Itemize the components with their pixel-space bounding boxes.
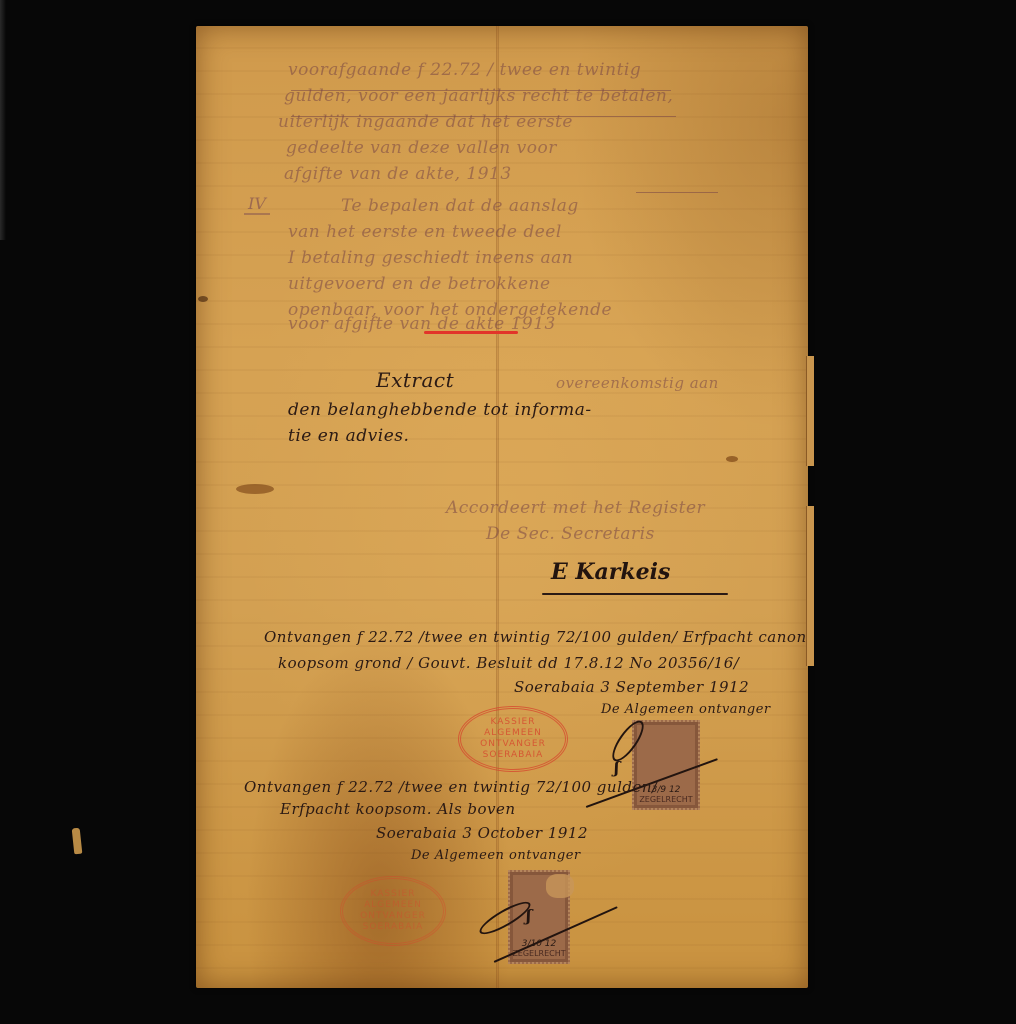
faded-underline <box>636 192 718 193</box>
receipt-place-date: Soerabaia 3 September 1912 <box>514 678 749 696</box>
official-seal: KASSIER ALGEMEEN ONTVANGER SOERABAIA <box>458 706 568 772</box>
faded-line: voorafgaande f 22.72 / twee en twintig <box>288 60 641 80</box>
faded-line: I betaling geschiedt ineens aan <box>288 248 573 268</box>
faded-line: overeenkomstig aan <box>556 374 719 392</box>
receipt-line: koopsom grond / Gouvt. Besluit dd 17.8.1… <box>278 654 739 672</box>
faded-line: Accordeert met het Register <box>446 498 705 518</box>
faded-line: afgifte van de akte, 1913 <box>284 164 512 184</box>
torn-edge-flap <box>806 506 814 666</box>
faded-line: gulden, voor een jaarlijks recht te beta… <box>284 86 673 106</box>
faded-line: gedeelte van deze vallen voor <box>286 138 557 158</box>
faded-line: De Sec. Secretaris <box>486 524 655 544</box>
signature: E Karkeis <box>551 559 670 585</box>
extract-line: tie en advies. <box>288 426 409 446</box>
red-pencil-mark <box>424 331 518 334</box>
stain-spot <box>236 484 274 494</box>
roman-numeral-marker: IV <box>244 194 270 215</box>
faded-line: uiterlijk ingaande dat het eerste <box>278 112 573 132</box>
extract-heading: Extract <box>376 368 454 392</box>
stamp-damage <box>546 874 574 898</box>
receipt-place-date: Soerabaia 3 October 1912 <box>376 824 588 842</box>
cancellation-signature: ʃ <box>526 906 531 925</box>
faded-line: uitgevoerd en de betrokkene <box>288 274 551 294</box>
stamp-label: ZEGELRECHT <box>639 795 692 804</box>
stain-spot <box>198 296 208 302</box>
signature-underline <box>542 593 728 595</box>
stain-spot <box>726 456 738 462</box>
seal-text: KASSIER ALGEMEEN ONTVANGER SOERABAIA <box>343 889 443 933</box>
cancellation-signature: ʃ <box>614 758 619 777</box>
receipt-line: Ontvangen f 22.72 /twee en twintig 72/10… <box>244 778 658 796</box>
document-sheet: voorafgaande f 22.72 / twee en twintig g… <box>196 26 808 988</box>
faded-line: Te bepalen dat de aanslag <box>341 196 579 216</box>
extract-line: den belanghebbende tot informa- <box>288 400 592 420</box>
faded-line: van het eerste en tweede deel <box>288 222 562 242</box>
official-seal: KASSIER ALGEMEEN ONTVANGER SOERABAIA <box>340 876 446 946</box>
paper-fragment <box>72 828 83 855</box>
receipt-official: De Algemeen ontvanger <box>411 848 581 863</box>
receipt-official: De Algemeen ontvanger <box>601 702 771 717</box>
background-edge-highlight <box>0 0 6 240</box>
torn-edge-flap <box>806 356 814 466</box>
seal-text: KASSIER ALGEMEEN ONTVANGER SOERABAIA <box>461 717 565 761</box>
receipt-line: Ontvangen f 22.72 /twee en twintig 72/10… <box>264 628 807 646</box>
receipt-line: Erfpacht koopsom. Als boven <box>280 800 516 818</box>
